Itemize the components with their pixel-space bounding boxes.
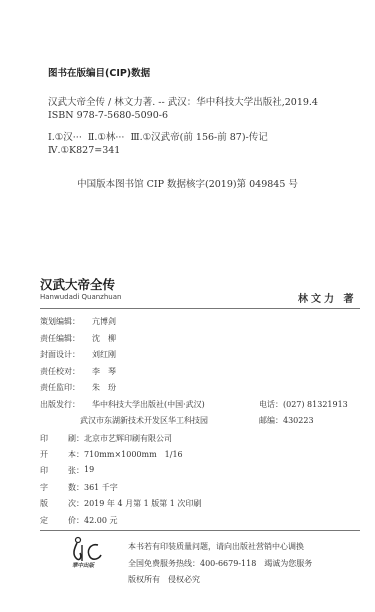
- credit-value: 刘红刚: [92, 349, 116, 360]
- credit-label: 责任校对：: [40, 366, 92, 377]
- book-title: 汉武大帝全传: [40, 275, 115, 293]
- spec-value: 42.00 元: [84, 515, 117, 526]
- spec-row: 定 价： 42.00 元: [40, 515, 117, 526]
- spec-row: 字 数： 361 千字: [40, 482, 118, 493]
- publisher-phone: 电话：(027) 81321913: [259, 399, 348, 410]
- spec-label-a: 开: [40, 449, 68, 460]
- credit-label: 策划编辑：: [40, 316, 92, 327]
- cip-heading: 图书在版编目(CIP)数据: [48, 65, 150, 79]
- spec-label-a: 印: [40, 433, 68, 444]
- credit-value: 沈 柳: [92, 333, 116, 344]
- credit-label: 责任监印：: [40, 382, 92, 393]
- credit-row: 封面设计： 刘红刚: [40, 349, 116, 360]
- book-author: 林文力 著: [298, 290, 356, 305]
- cip-isbn: ISBN 978-7-5680-5090-6: [48, 110, 168, 121]
- footer-notice-2: 全国免费服务热线：400-6679-118 竭诚为您服务: [128, 558, 312, 569]
- spec-label-a: 字: [40, 482, 68, 493]
- credit-row: 策划编辑： 亢博剑: [40, 316, 116, 327]
- spec-value: 19: [84, 465, 94, 476]
- spec-label-b: 张：: [68, 465, 84, 476]
- publisher-postcode: 邮编：430223: [259, 415, 314, 426]
- spec-label-b: 刷：: [68, 433, 84, 444]
- spec-row: 版 次： 2019 年 4 月第 1 版第 1 次印刷: [40, 498, 201, 509]
- book-pinyin: Hanwudadi Quanzhuan: [40, 293, 121, 301]
- cip-line-title: 汉武大帝全传 / 林文力著. -- 武汉：华中科技大学出版社,2019.4: [48, 94, 318, 108]
- credit-row: 责任编辑： 沈 柳: [40, 333, 116, 344]
- spec-label-a: 定: [40, 515, 68, 526]
- footer-notice-3: 版权所有 侵权必究: [128, 574, 200, 585]
- spec-label-a: 印: [40, 465, 68, 476]
- credit-label: 封面设计：: [40, 349, 92, 360]
- credit-row: 责任校对： 李 琴: [40, 366, 116, 377]
- credit-label: 责任编辑：: [40, 333, 92, 344]
- spec-value: 北京市艺辉印刷有限公司: [84, 433, 172, 444]
- credit-label: 出版发行：: [40, 399, 92, 410]
- credit-row: 责任监印： 朱 玢: [40, 382, 116, 393]
- spec-label-b: 价：: [68, 515, 84, 526]
- cip-classification-1: Ⅰ.①汉··· Ⅱ.①林··· Ⅲ.①汉武帝(前 156-前 87)-传记: [48, 129, 268, 143]
- footer-divider: [40, 530, 360, 531]
- spec-label-b: 数：: [68, 482, 84, 493]
- spec-value: 710mm×1000mm 1/16: [84, 449, 183, 460]
- spec-value: 361 千字: [84, 482, 118, 493]
- publisher-logo: [68, 535, 108, 579]
- credit-value: 朱 玢: [92, 382, 116, 393]
- footer-notice-1: 本书若有印装质量问题，请向出版社营销中心调换: [128, 541, 304, 552]
- spec-row: 印 张： 19: [40, 465, 94, 476]
- spec-label-a: 版: [40, 498, 68, 509]
- spec-label-b: 次：: [68, 498, 84, 509]
- spec-value: 2019 年 4 月第 1 版第 1 次印刷: [84, 498, 201, 509]
- publisher-address: 武汉市东湖新技术开发区华工科技园: [80, 415, 208, 426]
- spec-label-b: 本：: [68, 449, 84, 460]
- credit-value: 李 琴: [92, 366, 116, 377]
- cip-number: 中国版本图书馆 CIP 数据核字(2019)第 049845 号: [0, 176, 375, 190]
- logo-caption: 華中出版: [72, 561, 94, 569]
- cip-classification-2: Ⅳ.①K827=341: [48, 145, 120, 156]
- title-divider: [40, 308, 360, 309]
- spec-row: 印 刷： 北京市艺辉印刷有限公司: [40, 433, 172, 444]
- credit-value: 亢博剑: [92, 316, 116, 327]
- credit-value: 华中科技大学出版社(中国·武汉): [92, 399, 205, 410]
- credit-row-publisher: 出版发行： 华中科技大学出版社(中国·武汉): [40, 399, 205, 410]
- spec-row: 开 本： 710mm×1000mm 1/16: [40, 449, 183, 460]
